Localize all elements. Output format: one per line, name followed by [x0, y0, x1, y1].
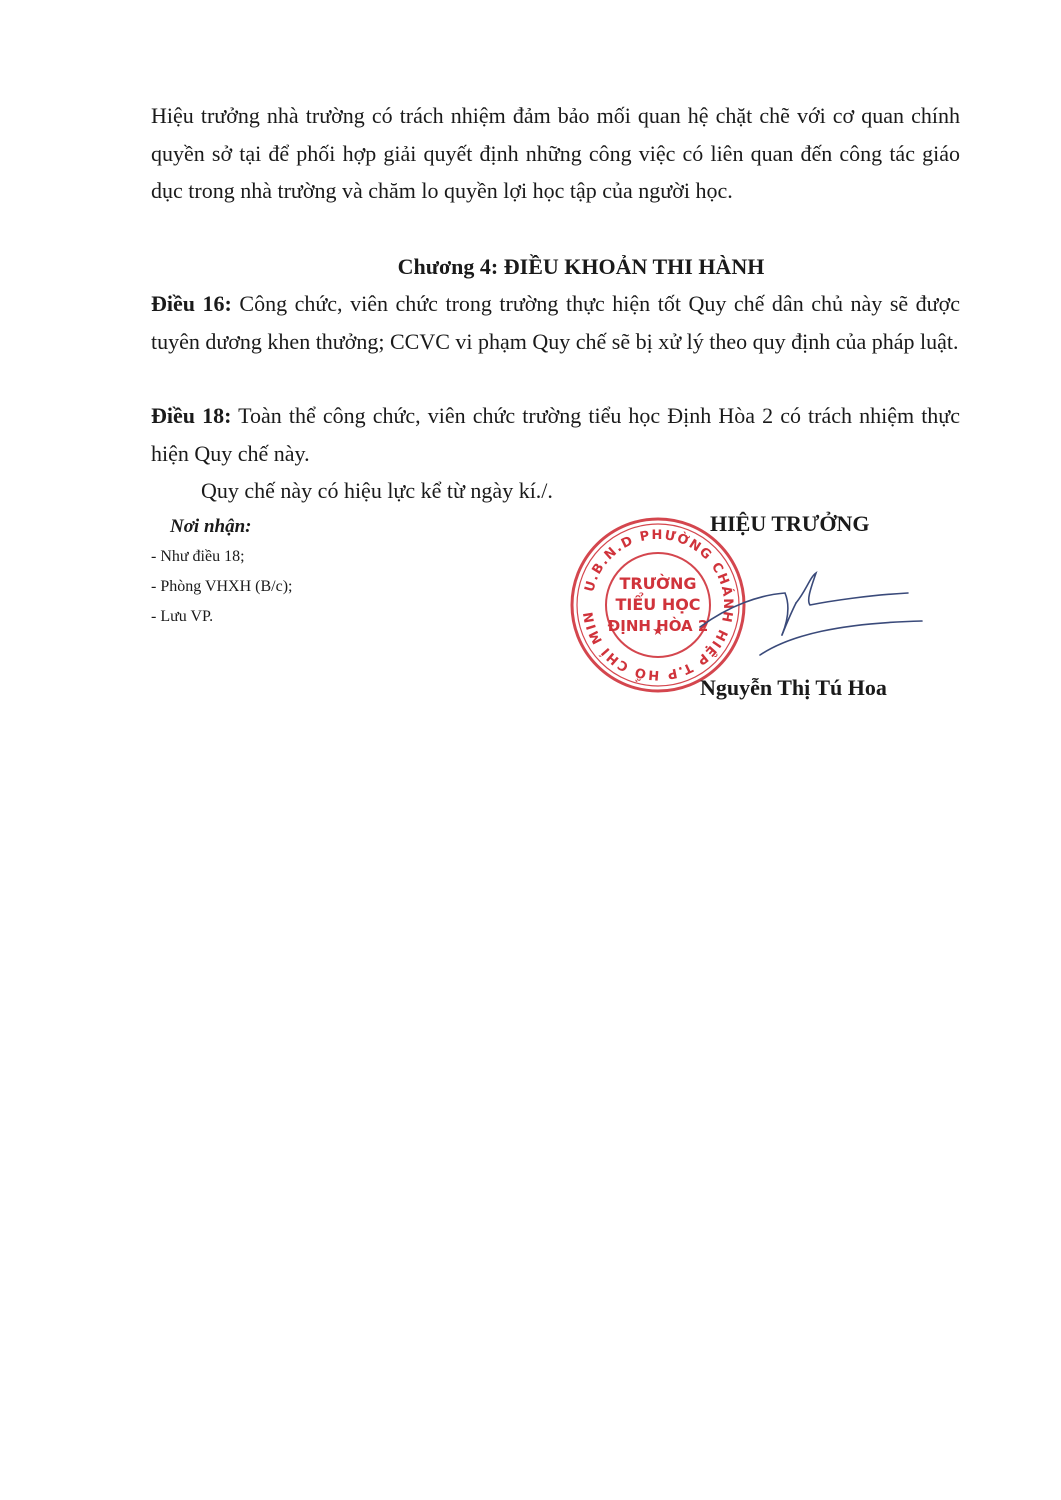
article-18: Điều 18: Toàn thể công chức, viên chức t…: [151, 397, 960, 472]
document-page: Hiệu trưởng nhà trường có trách nhiệm đả…: [0, 0, 1061, 1500]
intro-paragraph: Hiệu trưởng nhà trường có trách nhiệm đả…: [151, 97, 960, 210]
signer-name: Nguyễn Thị Tú Hoa: [700, 675, 887, 701]
recipients-block: Nơi nhận: - Như điều 18; - Phòng VHXH (B…: [151, 512, 292, 632]
effective-clause: Quy chế này có hiệu lực kể từ ngày kí./.: [201, 472, 553, 510]
signature-block: HIỆU TRƯỞNG U.B.N.D PHƯỜNG CHÁNH HIỆP T.…: [560, 505, 960, 715]
signer-role: HIỆU TRƯỞNG: [710, 511, 870, 537]
recipient-item: - Như điều 18;: [151, 542, 292, 572]
article-16-text: Công chức, viên chức trong trường thực h…: [151, 291, 960, 354]
recipient-item: - Phòng VHXH (B/c);: [151, 572, 292, 602]
article-16: Điều 16: Công chức, viên chức trong trườ…: [151, 285, 960, 360]
chapter-heading: Chương 4: ĐIỀU KHOẢN THI HÀNH: [151, 248, 1011, 286]
article-18-label: Điều 18:: [151, 403, 231, 428]
article-16-label: Điều 16:: [151, 291, 232, 316]
recipients-title: Nơi nhận:: [151, 512, 292, 542]
recipient-item: - Lưu VP.: [151, 602, 292, 632]
handwritten-signature-icon: [620, 565, 940, 665]
article-18-text: Toàn thể công chức, viên chức trường tiể…: [151, 403, 960, 466]
